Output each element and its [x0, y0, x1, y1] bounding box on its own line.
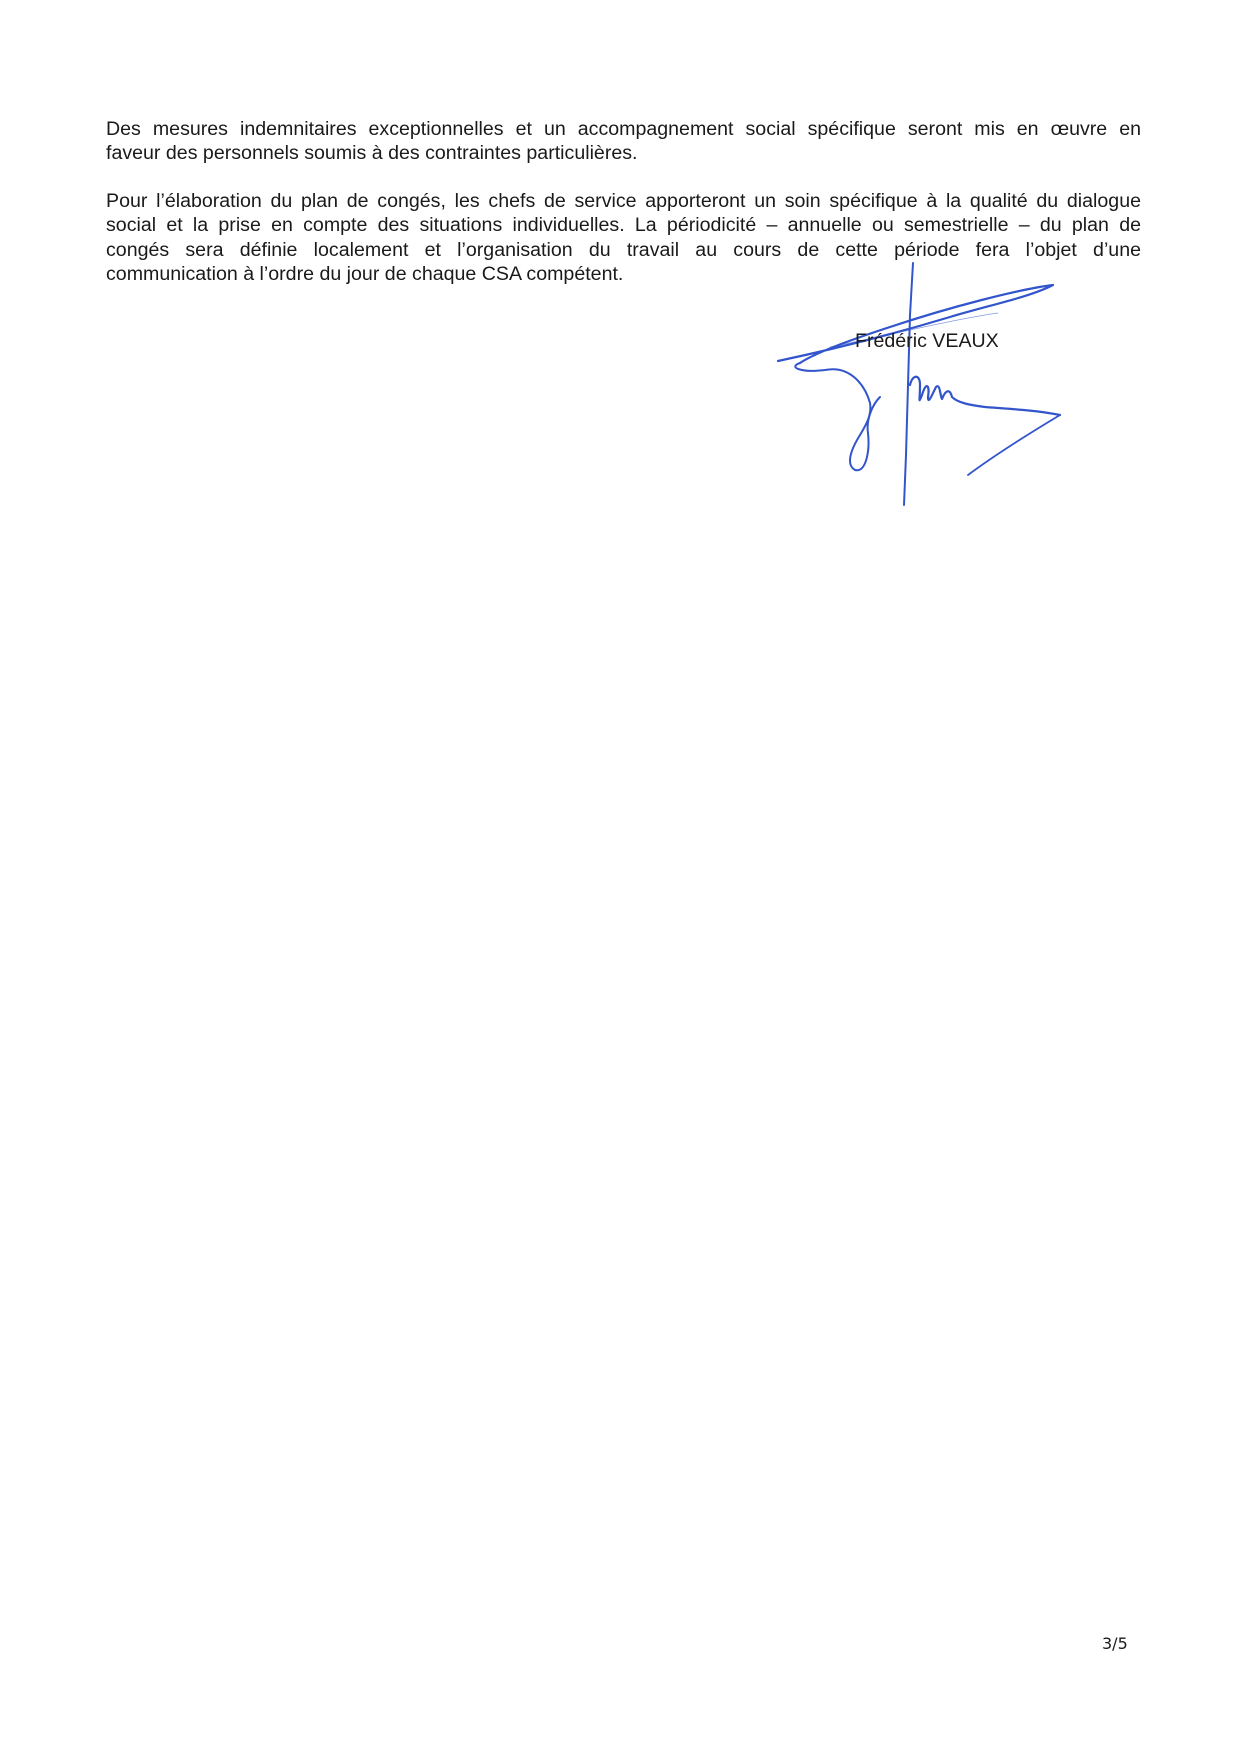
signature-block: [770, 255, 1080, 515]
paragraph-line: Des mesures indemnitaires exceptionnelle…: [106, 117, 1141, 141]
paragraph-line: Pour l’élaboration du plan de congés, le…: [106, 189, 1141, 213]
handwritten-signature-icon: [770, 255, 1080, 515]
page-number: 3/5: [1102, 1634, 1128, 1653]
paragraph-line: social et la prise en compte des situati…: [106, 213, 1141, 237]
paragraph-line: faveur des personnels soumis à des contr…: [106, 141, 1141, 165]
document-page: Des mesures indemnitaires exceptionnelle…: [0, 0, 1240, 1754]
paragraph-indemnities: Des mesures indemnitaires exceptionnelle…: [106, 117, 1141, 166]
signer-name: Frédéric VEAUX: [855, 330, 999, 352]
